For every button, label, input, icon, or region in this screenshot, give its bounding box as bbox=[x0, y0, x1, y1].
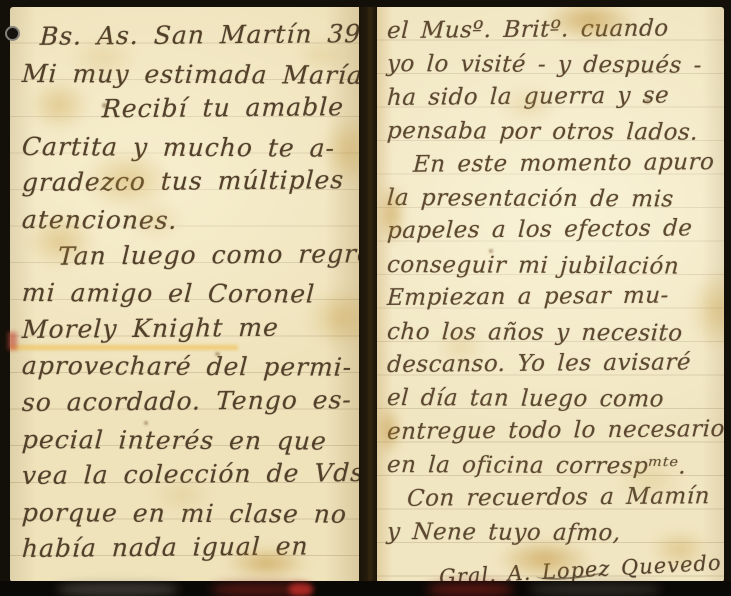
handwritten-line: papeles a los efectos de bbox=[386, 212, 724, 248]
page-gutter-crease bbox=[359, 7, 377, 582]
handwritten-line: Empiezan a pesar mu- bbox=[386, 279, 724, 315]
ink-speck bbox=[215, 352, 220, 356]
stain bbox=[435, 327, 487, 367]
stain bbox=[649, 529, 711, 569]
edge-stain bbox=[377, 403, 401, 457]
edge-stain bbox=[379, 183, 405, 245]
handwritten-line: yo lo visité - y después - bbox=[386, 48, 724, 83]
stain bbox=[497, 539, 592, 579]
ink-speck bbox=[102, 103, 107, 108]
scanned-letter: Bs. As. San Martín 392 — 16/I/20 Mi muy … bbox=[0, 0, 731, 596]
red-edge-smudge bbox=[8, 332, 17, 350]
handwritten-line: Cartita y mucho te a- bbox=[21, 129, 359, 167]
ink-speck bbox=[144, 421, 148, 425]
stain bbox=[615, 455, 685, 503]
blurred-object bbox=[530, 583, 660, 596]
stain bbox=[225, 547, 309, 579]
ink-speck bbox=[489, 249, 493, 253]
blurred-object bbox=[289, 583, 313, 596]
binder-ring-mark bbox=[5, 26, 20, 41]
handwritten-line: el día tan luego como bbox=[386, 382, 724, 417]
handwritten-line: gradezco tus múltiples bbox=[21, 162, 359, 202]
stain bbox=[24, 213, 96, 269]
stain bbox=[125, 199, 185, 241]
handwritten-line: entregue todo lo necesario bbox=[386, 413, 724, 449]
stain bbox=[28, 79, 90, 131]
yellow-highlight-streak bbox=[10, 345, 238, 350]
ink-speck bbox=[645, 99, 650, 104]
blurred-object bbox=[428, 583, 513, 596]
stain bbox=[68, 37, 138, 79]
handwritten-line: pecial interés en que bbox=[21, 422, 359, 460]
handwritten-line: En este momento apuro bbox=[386, 146, 724, 182]
left-page: Bs. As. San Martín 392 — 16/I/20 Mi muy … bbox=[10, 7, 359, 582]
stain bbox=[296, 37, 348, 73]
handwritten-line: aprovecharé del permi- bbox=[21, 348, 359, 386]
notebook-spread: Bs. As. San Martín 392 — 16/I/20 Mi muy … bbox=[10, 7, 724, 582]
blurred-object bbox=[58, 583, 178, 596]
stain bbox=[150, 475, 214, 515]
handwritten-line: so acordado. Tengo es- bbox=[21, 382, 359, 422]
handwritten-line: pensaba por otros lados. bbox=[386, 115, 724, 150]
right-page: el Musº. Britº. cuando yo lo visité - y … bbox=[377, 7, 724, 582]
bottom-desk-strip bbox=[0, 581, 731, 596]
stain bbox=[497, 85, 559, 125]
